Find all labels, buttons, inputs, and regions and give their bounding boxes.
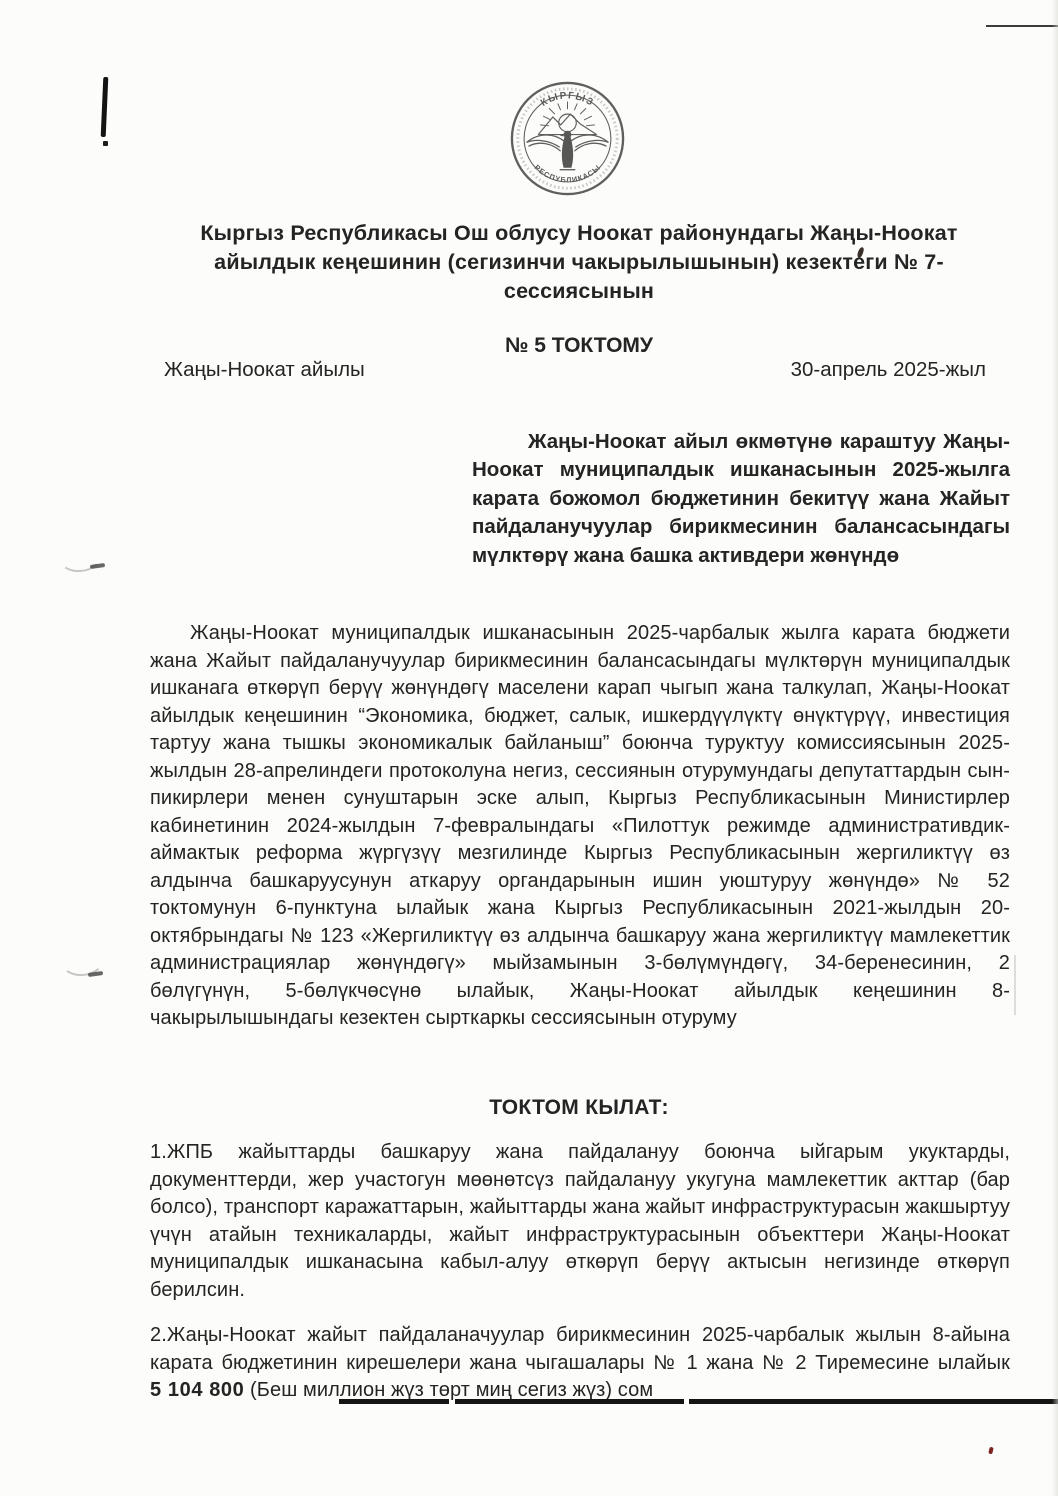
- place-label: Жаңы-Ноокат айылы: [164, 358, 365, 382]
- scan-pen-dot: [103, 141, 108, 146]
- scan-smudge-dash-1: [90, 563, 105, 569]
- scan-edge-mark: [1014, 955, 1016, 1015]
- document-number: № 5 ТОКТОМУ: [148, 334, 1010, 358]
- resolution-item-2: 2.Жаңы-Ноокат жайыт пайдаланачуулар бири…: [150, 1322, 1010, 1405]
- item2-amount: 5 104 800: [150, 1379, 244, 1401]
- scan-red-speck: [988, 1447, 994, 1455]
- preamble-paragraph: Жаңы-Ноокат муниципалдык ишканасынын 202…: [150, 620, 1010, 1033]
- subject-block: Жаңы-Ноокат айыл өкмөтүнө караштуу Жаңы-…: [472, 428, 1010, 570]
- date-label: 30-апрель 2025-жыл: [791, 358, 986, 382]
- scan-edge-shadow: [1052, 0, 1058, 1496]
- scan-smudge-dash-2: [88, 971, 103, 977]
- item2-text-post: (Беш миллион жүз төрт миң сегиз жүз) сом: [244, 1379, 653, 1401]
- scan-pen-mark: [101, 77, 109, 137]
- seal-falcon-body: [560, 131, 576, 170]
- scan-smudge-mark-2: [59, 943, 105, 978]
- scanned-document-page: КЫРГЫЗ РЕСПУБЛИКАСЫ: [0, 0, 1058, 1496]
- scan-smudge-mark-1: [56, 538, 103, 574]
- resolution-item-1: 1.ЖПБ жайыттарды башкаруу жана пайдалану…: [150, 1139, 1010, 1304]
- scan-corner-line: [986, 25, 1058, 27]
- item2-text-pre: 2.Жаңы-Ноокат жайыт пайдаланачуулар бири…: [150, 1324, 1010, 1374]
- document-title: Кыргыз Республикасы Ош облусу Ноокат рай…: [148, 219, 1010, 306]
- place-date-row: Жаңы-Ноокат айылы 30-апрель 2025-жыл: [148, 358, 1010, 382]
- resolution-heading: ТОКТОМ КЫЛАТ:: [148, 1096, 1010, 1120]
- state-seal-emblem: КЫРГЫЗ РЕСПУБЛИКАСЫ: [509, 80, 626, 197]
- kyrgyz-emblem-icon: КЫРГЫЗ РЕСПУБЛИКАСЫ: [509, 80, 626, 197]
